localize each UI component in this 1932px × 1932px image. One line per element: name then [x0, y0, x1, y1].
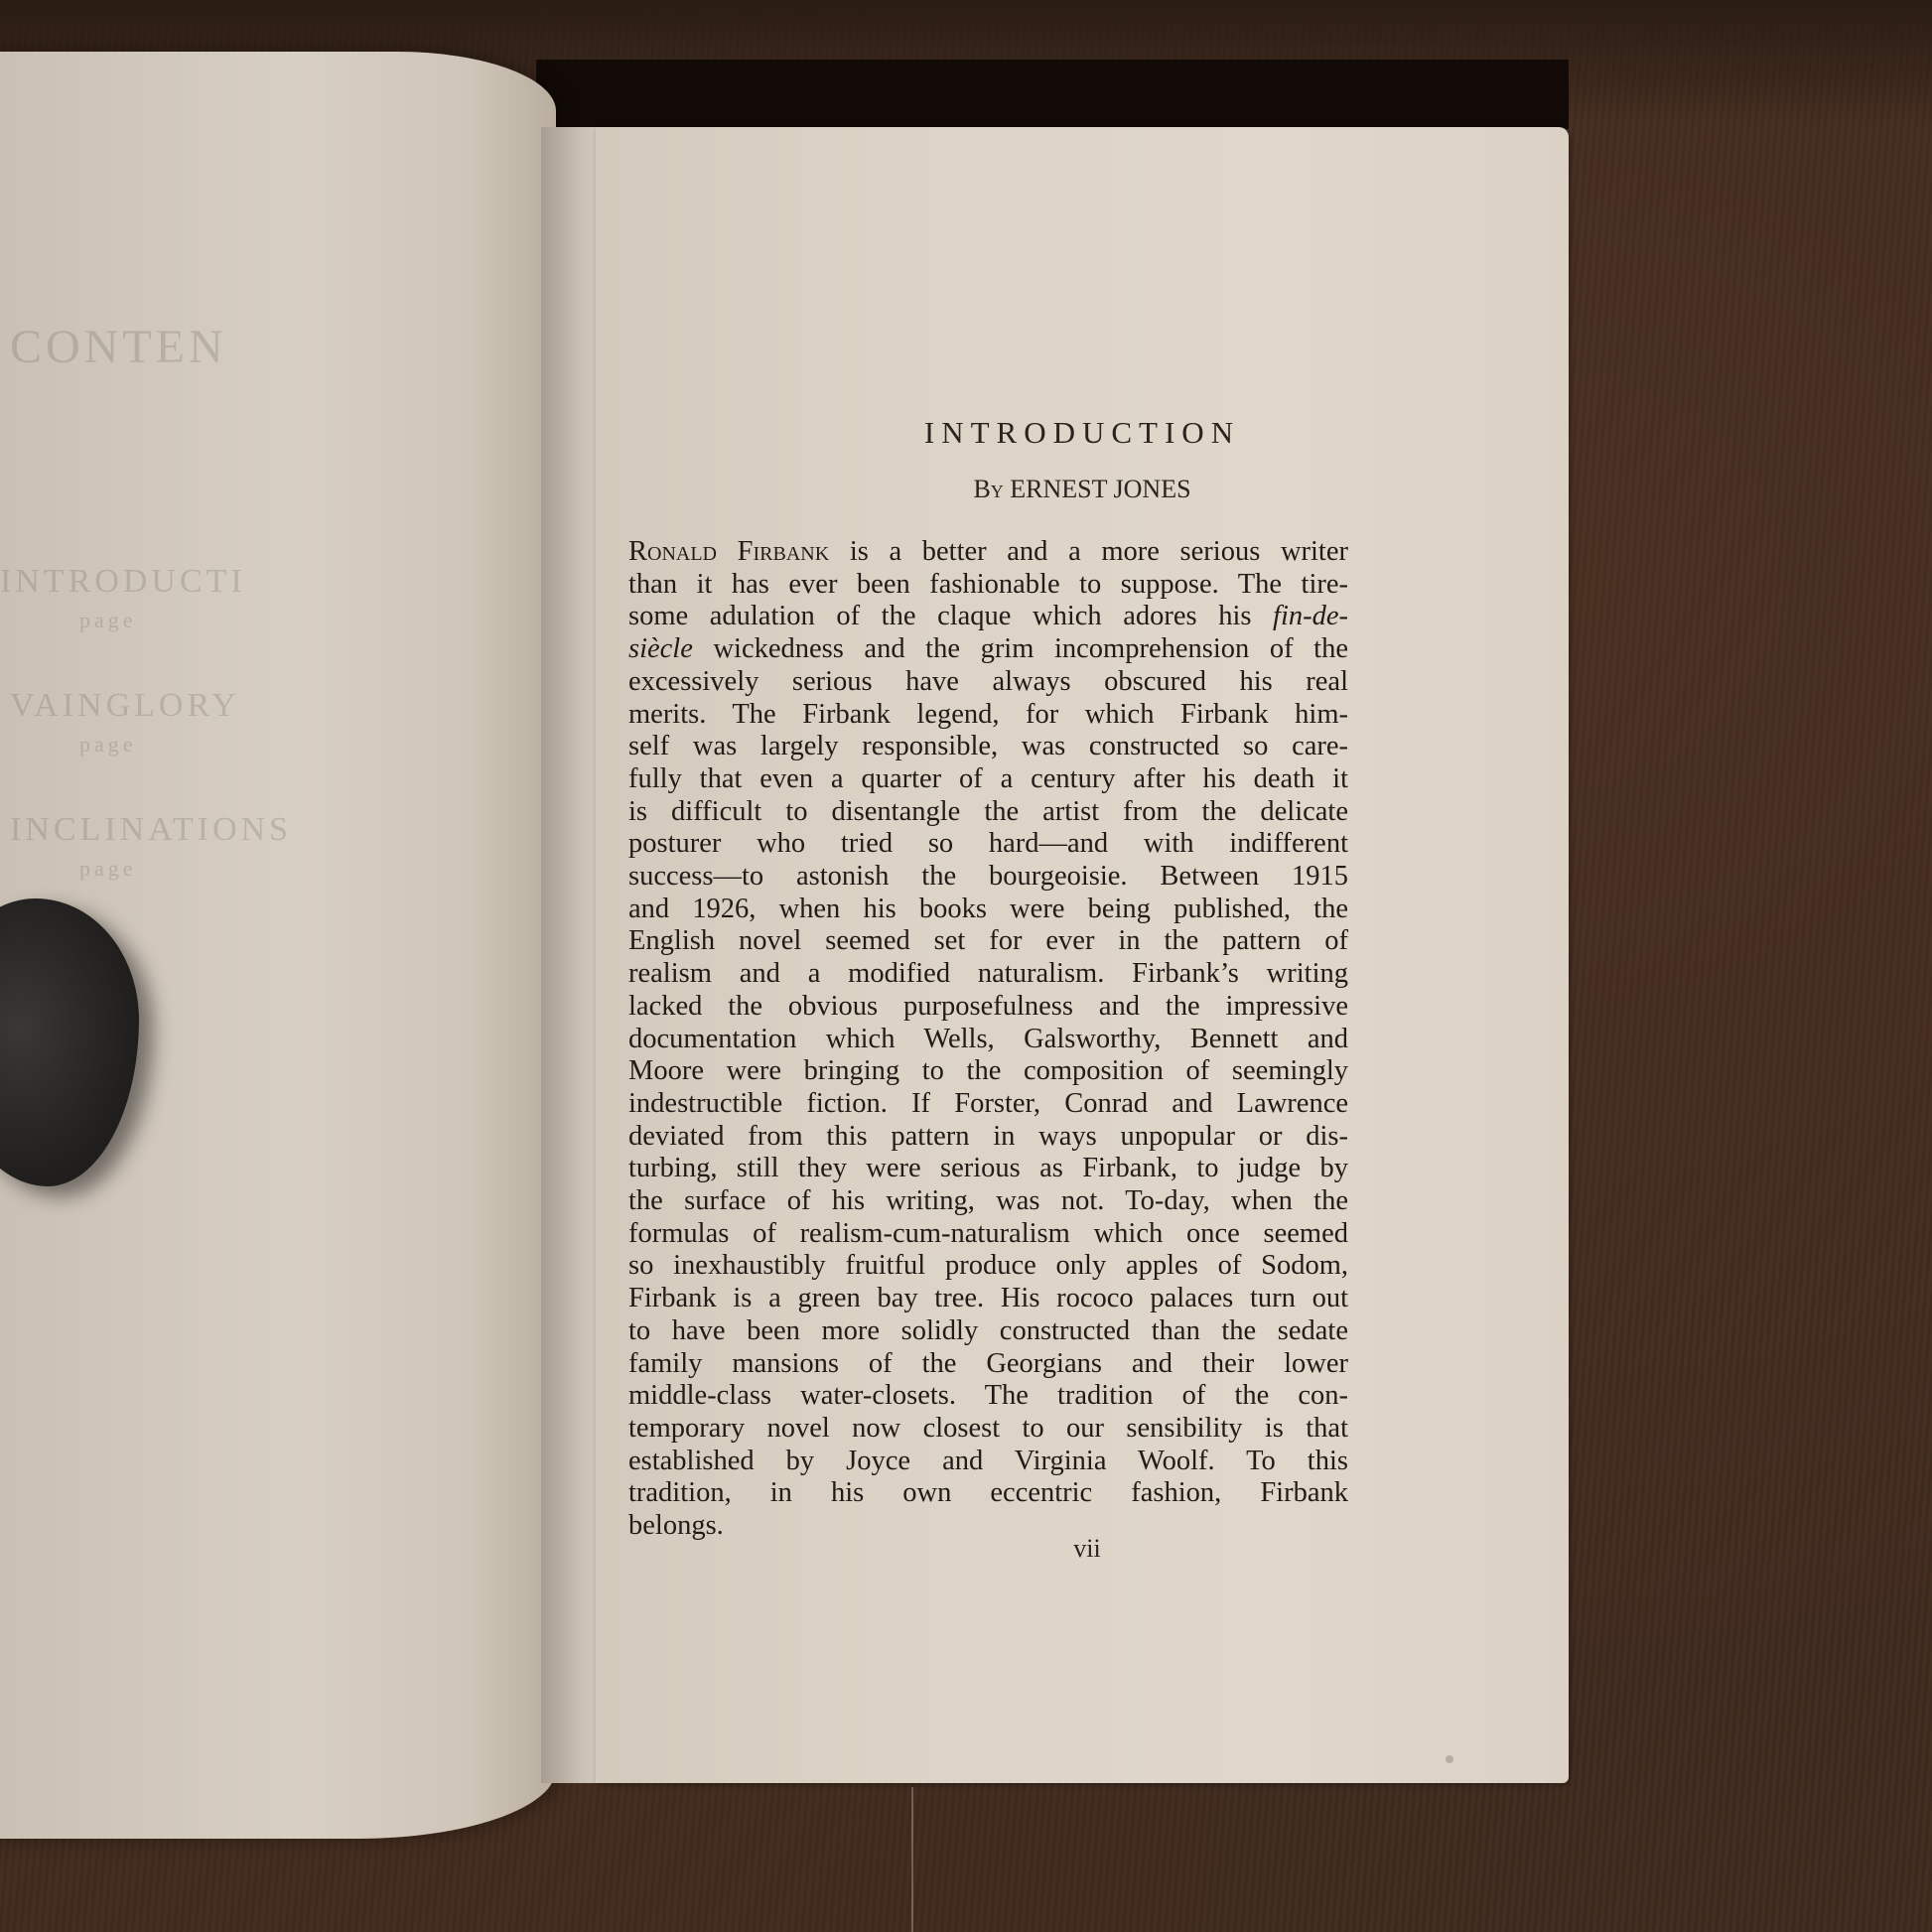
text-line: realism and a modified naturalism. Firba… — [628, 958, 1348, 991]
text-line: documentation which Wells, Galsworthy, B… — [628, 1024, 1348, 1056]
text-line: lacked the obvious purposefulness and th… — [628, 991, 1348, 1024]
bookmark-thread — [911, 1787, 913, 1932]
text-line: siècle wickedness and the grim incompreh… — [628, 633, 1348, 666]
byline: By ERNEST JONES — [596, 475, 1569, 504]
ghost-page: page — [79, 608, 137, 633]
ghost-entry: VAINGLORY — [10, 687, 240, 725]
byline-prefix: By — [973, 475, 1003, 503]
text-line: established by Joyce and Virginia Woolf.… — [628, 1446, 1348, 1478]
text-line: fully that even a quarter of a century a… — [628, 763, 1348, 796]
book-cover-edge — [536, 60, 1569, 129]
text-line: formulas of realism-cum-naturalism which… — [628, 1218, 1348, 1251]
text-line: some adulation of the claque which adore… — [628, 601, 1348, 633]
text-line: success—to astonish the bourgeoisie. Bet… — [628, 861, 1348, 894]
byline-name: ERNEST JONES — [1010, 475, 1190, 503]
text-line: Firbank is a green bay tree. His rococo … — [628, 1283, 1348, 1315]
body-paragraph: Ronald Firbank is a better and a more se… — [628, 536, 1348, 1543]
ghost-page: page — [79, 732, 137, 758]
text-line: temporary novel now closest to our sensi… — [628, 1413, 1348, 1446]
text-line: than it has ever been fashionable to sup… — [628, 569, 1348, 602]
text-line: middle-class water-closets. The traditio… — [628, 1380, 1348, 1413]
text-line: excessively serious have always obscured… — [628, 666, 1348, 699]
text-line: English novel seemed set for ever in the… — [628, 925, 1348, 958]
text-line: Ronald Firbank is a better and a more se… — [628, 536, 1348, 569]
page-number: vii — [596, 1534, 1579, 1564]
text-line: Moore were bringing to the composition o… — [628, 1055, 1348, 1088]
text-line: tradition, in his own eccentric fashion,… — [628, 1477, 1348, 1510]
text-line: so inexhaustibly fruitful produce only a… — [628, 1250, 1348, 1283]
text-line: indestructible fiction. If Forster, Conr… — [628, 1088, 1348, 1121]
text-line: to have been more solidly constructed th… — [628, 1315, 1348, 1348]
ghost-heading: CONTEN — [10, 320, 227, 374]
text-line: and 1926, when his books were being publ… — [628, 894, 1348, 926]
text-line: merits. The Firbank legend, for which Fi… — [628, 699, 1348, 732]
text-line: family mansions of the Georgians and the… — [628, 1348, 1348, 1381]
page-title: INTRODUCTION — [596, 415, 1569, 451]
paper-speck — [1446, 1755, 1453, 1763]
ghost-entry: INCLINATIONS — [10, 811, 292, 849]
text-line: the surface of his writing, was not. To-… — [628, 1185, 1348, 1218]
text-line: turbing, still they were serious as Firb… — [628, 1153, 1348, 1185]
text-line: self was largely responsible, was constr… — [628, 731, 1348, 763]
text-line: is difficult to disentangle the artist f… — [628, 796, 1348, 829]
ghost-page: page — [79, 856, 137, 882]
lead-name: Ronald Firbank — [628, 536, 829, 567]
text-line: posturer who tried so hard—and with indi… — [628, 828, 1348, 861]
text-line: deviated from this pattern in ways unpop… — [628, 1121, 1348, 1154]
ghost-entry: INTRODUCTI — [0, 563, 246, 601]
